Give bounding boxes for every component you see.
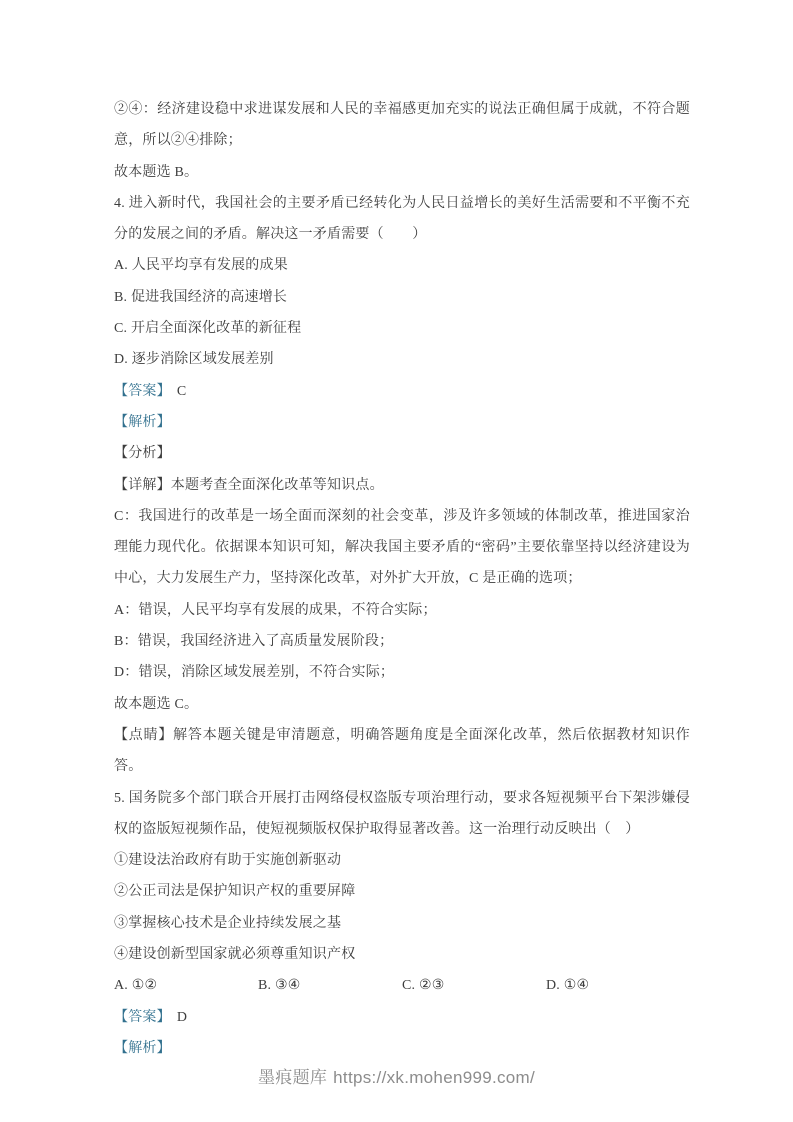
question4-option-b: B. 促进我国经济的高速增长 xyxy=(114,282,690,313)
prev-question-conclusion: 故本题选 B。 xyxy=(114,157,690,188)
question4-detail-line: 【详解】本题考查全面深化改革等知识点。 xyxy=(114,470,690,501)
question4-option-d: D. 逐步消除区域发展差别 xyxy=(114,344,690,375)
question5-item-3: ③掌握核心技术是企业持续发展之基 xyxy=(114,908,690,939)
question5-item-4: ④建设创新型国家就必须尊重知识产权 xyxy=(114,939,690,970)
question5-answer-value: D xyxy=(177,1010,187,1025)
analysis-label: 【解析】 xyxy=(114,415,171,430)
question4-option-a: A. 人民平均享有发展的成果 xyxy=(114,250,690,281)
question5-item-1: ①建设法治政府有助于实施创新驱动 xyxy=(114,845,690,876)
question4-analysis-label-line: 【解析】 xyxy=(114,407,690,438)
question5-answer-line: 【答案】D xyxy=(114,1002,690,1033)
question5-option-b: B. ③④ xyxy=(258,970,402,1001)
question4-explain-b: B：错误，我国经济进入了高质量发展阶段； xyxy=(114,626,690,657)
question4-answer-value: C xyxy=(177,384,187,399)
question4-explain-a: A：错误，人民平均享有发展的成果，不符合实际； xyxy=(114,595,690,626)
footer-site-name: 墨痕题库 xyxy=(258,1068,327,1087)
prev-question-reject-text: ②④：经济建设稳中求进谋发展和人民的幸福感更加充实的说法正确但属于成就，不符合题… xyxy=(114,94,690,157)
document-page: ②④：经济建设稳中求进谋发展和人民的幸福感更加充实的说法正确但属于成就，不符合题… xyxy=(0,0,793,1122)
question5-option-c: C. ②③ xyxy=(402,970,546,1001)
question5-analysis-label-line: 【解析】 xyxy=(114,1033,690,1064)
question4-tip-line: 【点睛】解答本题关键是审清题意，明确答题角度是全面深化改革，然后依据教材知识作答… xyxy=(114,720,690,783)
question4-conclusion: 故本题选 C。 xyxy=(114,689,690,720)
question5-stem: 5. 国务院多个部门联合开展打击网络侵权盗版专项治理行动，要求各短视频平台下架涉… xyxy=(114,783,690,846)
question5-option-a: A. ①② xyxy=(114,970,258,1001)
question5-item-2: ②公正司法是保护知识产权的重要屏障 xyxy=(114,876,690,907)
question4-analysis-heading: 【分析】 xyxy=(114,438,690,469)
question4-explain-c: C：我国进行的改革是一场全面而深刻的社会变革，涉及许多领域的体制改革，推进国家治… xyxy=(114,501,690,595)
footer-url: https://xk.mohen999.com/ xyxy=(333,1068,535,1087)
document-content: ②④：经济建设稳中求进谋发展和人民的幸福感更加充实的说法正确但属于成就，不符合题… xyxy=(114,94,690,1064)
question5-options-row: A. ①② B. ③④ C. ②③ D. ①④ xyxy=(114,970,690,1001)
question4-option-c: C. 开启全面深化改革的新征程 xyxy=(114,313,690,344)
analysis-label: 【解析】 xyxy=(114,1041,171,1056)
question5-option-d: D. ①④ xyxy=(546,970,690,1001)
answer-label: 【答案】 xyxy=(114,1010,171,1025)
question4-stem: 4. 进入新时代，我国社会的主要矛盾已经转化为人民日益增长的美好生活需要和不平衡… xyxy=(114,188,690,251)
question4-answer-line: 【答案】C xyxy=(114,376,690,407)
answer-label: 【答案】 xyxy=(114,384,171,399)
question4-explain-d: D：错误，消除区域发展差别，不符合实际； xyxy=(114,657,690,688)
page-footer-watermark: 墨痕题库https://xk.mohen999.com/ xyxy=(0,1063,793,1088)
